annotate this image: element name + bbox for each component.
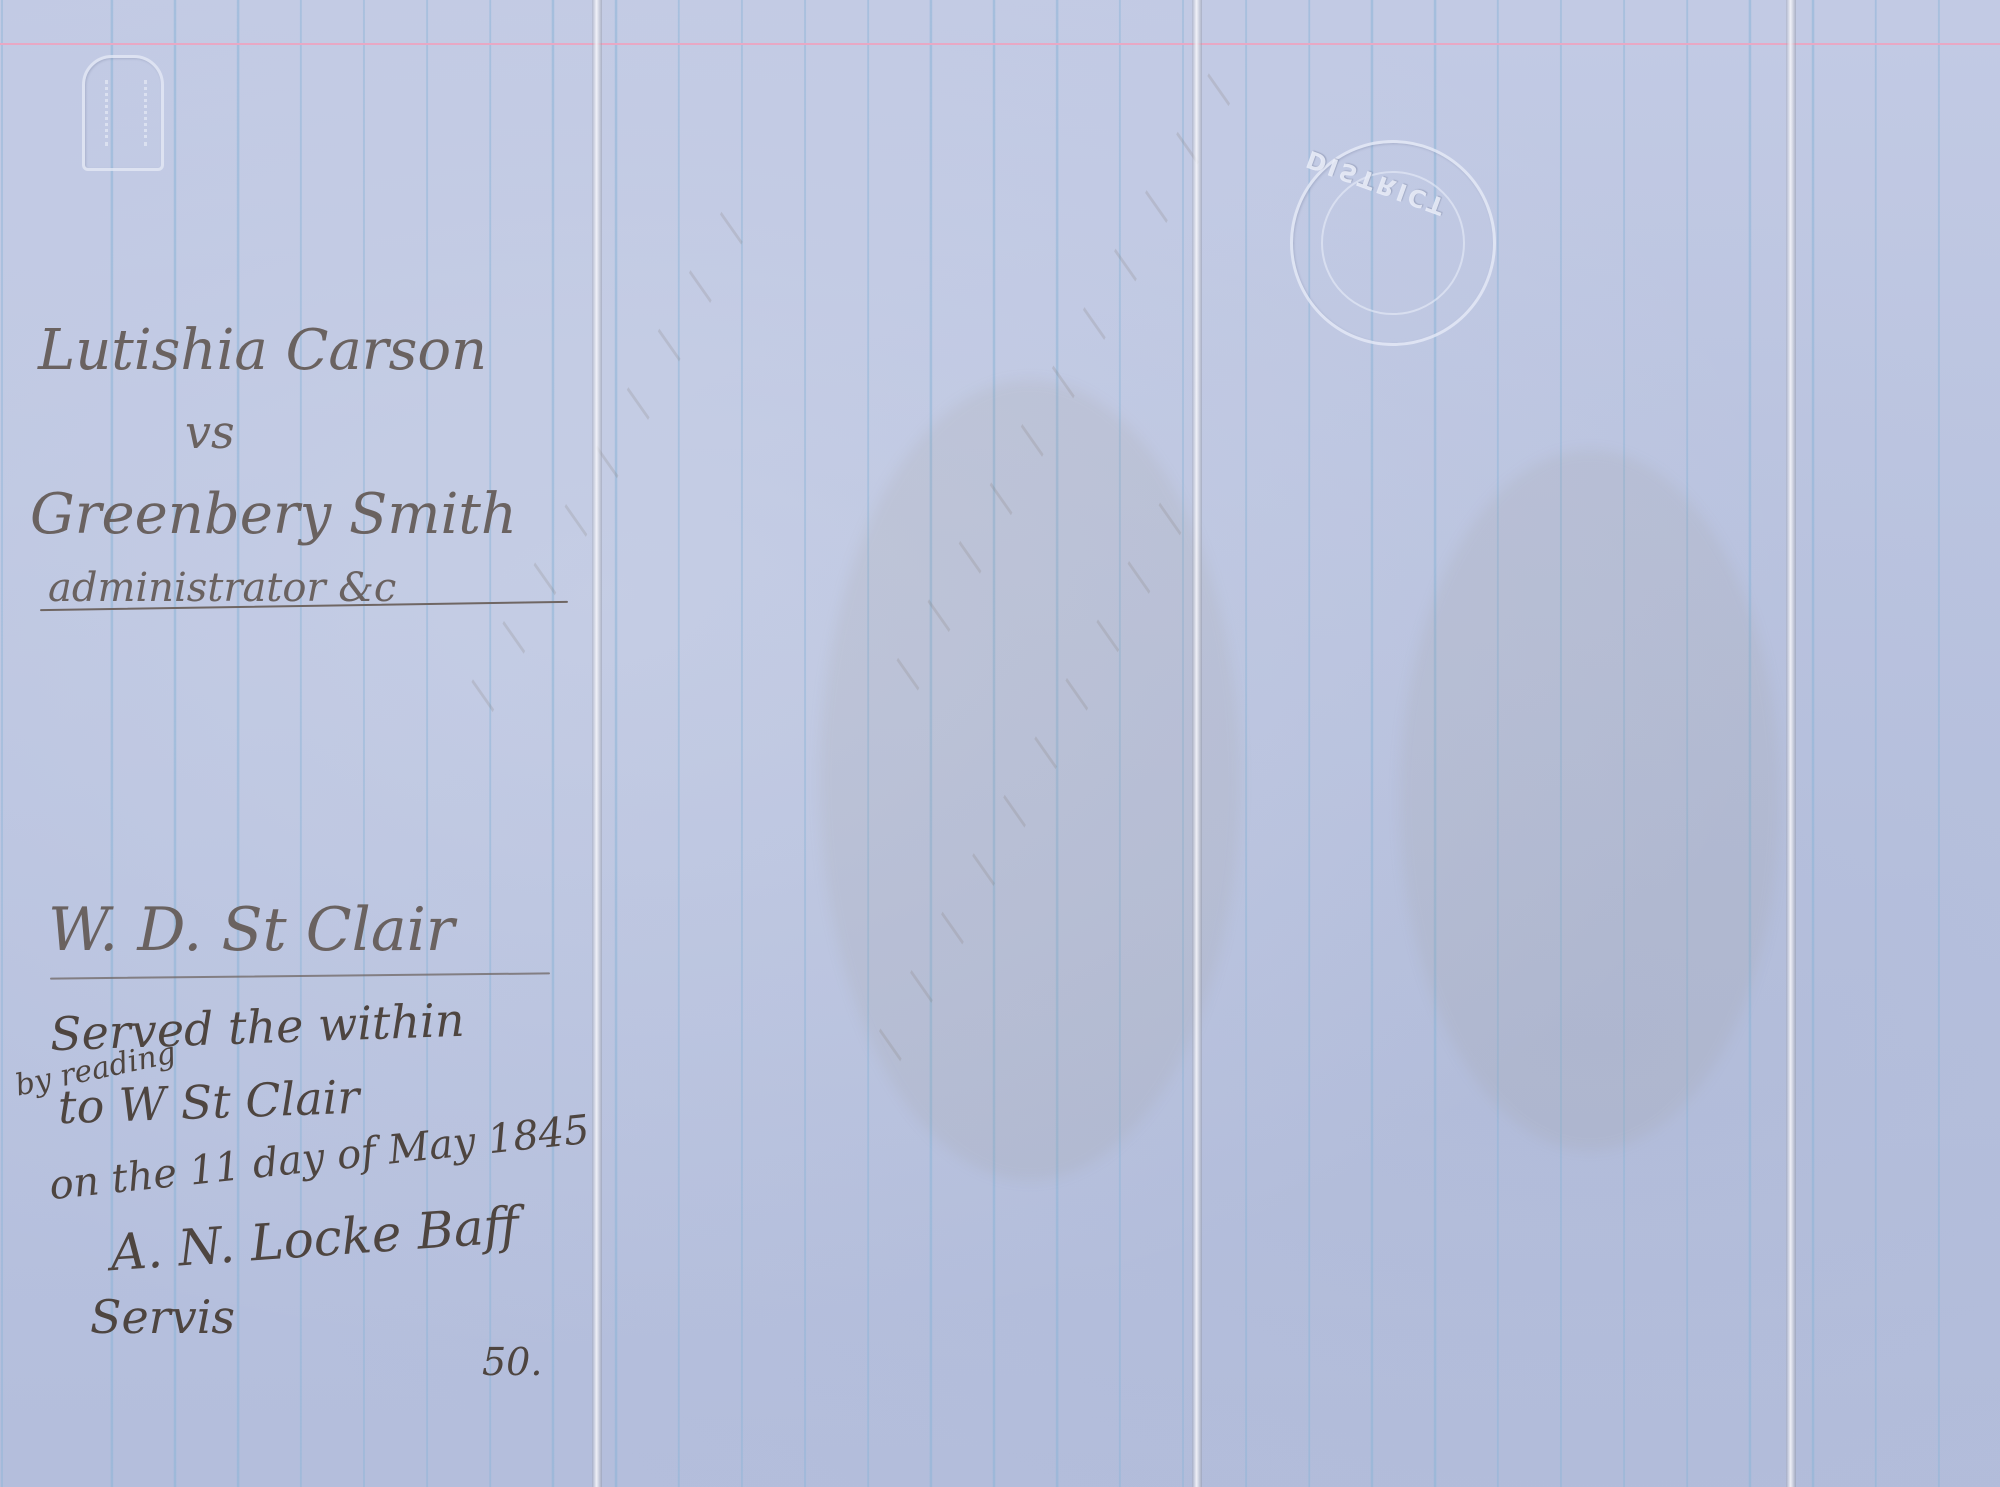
fee-label: Servis xyxy=(90,1290,235,1344)
return-line: to W St Clair xyxy=(57,1070,360,1134)
fold-crease xyxy=(592,0,602,1487)
embossed-stamp-icon xyxy=(82,55,164,171)
document-page: / / / / / / / / / / / / / / / / / / / / … xyxy=(0,0,2000,1487)
paper-stain xyxy=(1400,450,1780,1150)
fee-amount: 50. xyxy=(482,1340,542,1384)
witness-heading: W. D. St Clair xyxy=(48,895,454,965)
defendant-name: Greenbery Smith xyxy=(30,482,517,547)
fold-crease xyxy=(1786,0,1796,1487)
margin-line xyxy=(0,43,2000,45)
embossed-seal-icon: DISTRICT xyxy=(1290,140,1496,346)
plaintiff-name: Lutishia Carson xyxy=(38,318,487,383)
versus-text: vs xyxy=(185,405,235,459)
fold-crease xyxy=(1192,0,1202,1487)
